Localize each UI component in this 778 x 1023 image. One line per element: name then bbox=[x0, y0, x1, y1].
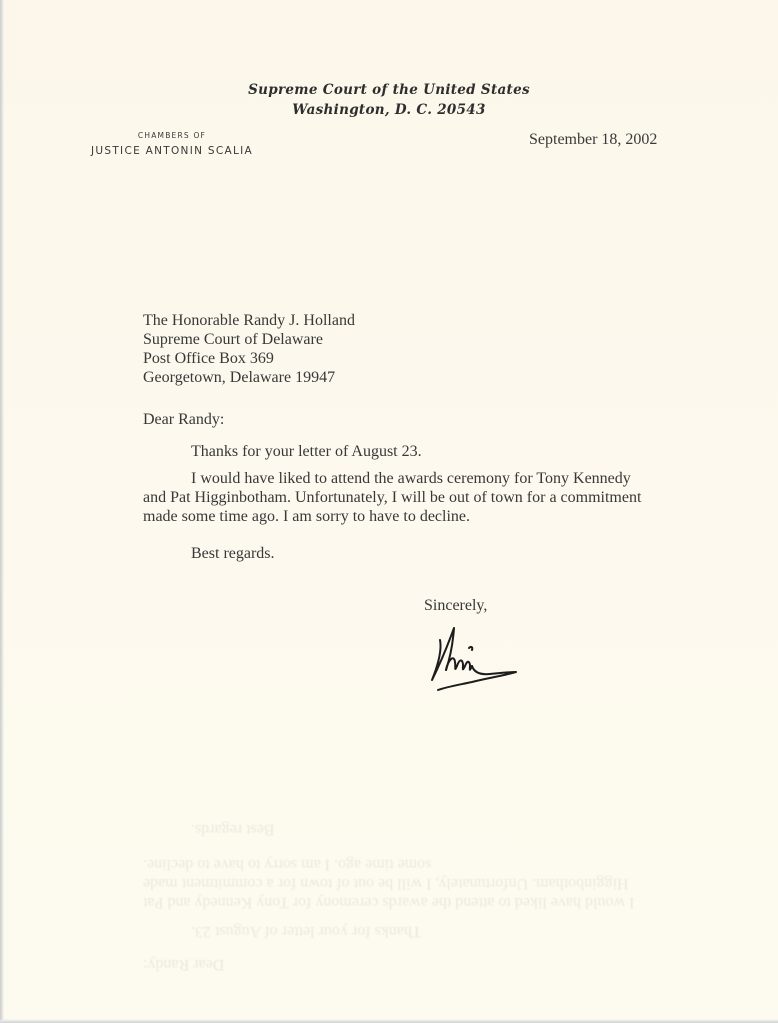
ghost-text: Dear Randy: bbox=[143, 955, 224, 974]
ghost-text: Thanks for your letter of August 23. bbox=[191, 922, 422, 941]
address-line: The Honorable Randy J. Holland bbox=[143, 311, 355, 330]
letter-page: Best regards. I would have liked to atte… bbox=[0, 0, 778, 1023]
body-paragraph: Thanks for your letter of August 23. bbox=[191, 442, 422, 461]
letterhead-court-name: Supreme Court of the United States bbox=[0, 80, 778, 100]
salutation: Dear Randy: bbox=[143, 410, 224, 429]
body-paragraph: I would have liked to attend the awards … bbox=[143, 469, 653, 526]
closing: Sincerely, bbox=[424, 596, 487, 615]
ghost-text: Best regards. bbox=[191, 820, 275, 839]
letterhead-location: Washington, D. C. 20543 bbox=[0, 100, 778, 120]
letter-date: September 18, 2002 bbox=[529, 131, 657, 149]
body-paragraph: Best regards. bbox=[191, 544, 275, 563]
address-line: Georgetown, Delaware 19947 bbox=[143, 368, 355, 387]
recipient-address: The Honorable Randy J. Holland Supreme C… bbox=[143, 311, 355, 387]
letterhead: Supreme Court of the United States Washi… bbox=[0, 80, 778, 120]
chambers-block: CHAMBERS OF JUSTICE ANTONIN SCALIA bbox=[72, 130, 272, 160]
signature-icon bbox=[428, 620, 523, 695]
paper-bottom-edge bbox=[0, 1019, 778, 1023]
paper-left-edge bbox=[0, 0, 4, 1023]
paragraph-text: I would have liked to attend the awards … bbox=[143, 470, 641, 525]
justice-name: JUSTICE ANTONIN SCALIA bbox=[72, 142, 272, 160]
address-line: Supreme Court of Delaware bbox=[143, 330, 355, 349]
chambers-label: CHAMBERS OF bbox=[72, 130, 272, 142]
ghost-text: I would have liked to attend the awards … bbox=[143, 855, 653, 912]
address-line: Post Office Box 369 bbox=[143, 349, 355, 368]
